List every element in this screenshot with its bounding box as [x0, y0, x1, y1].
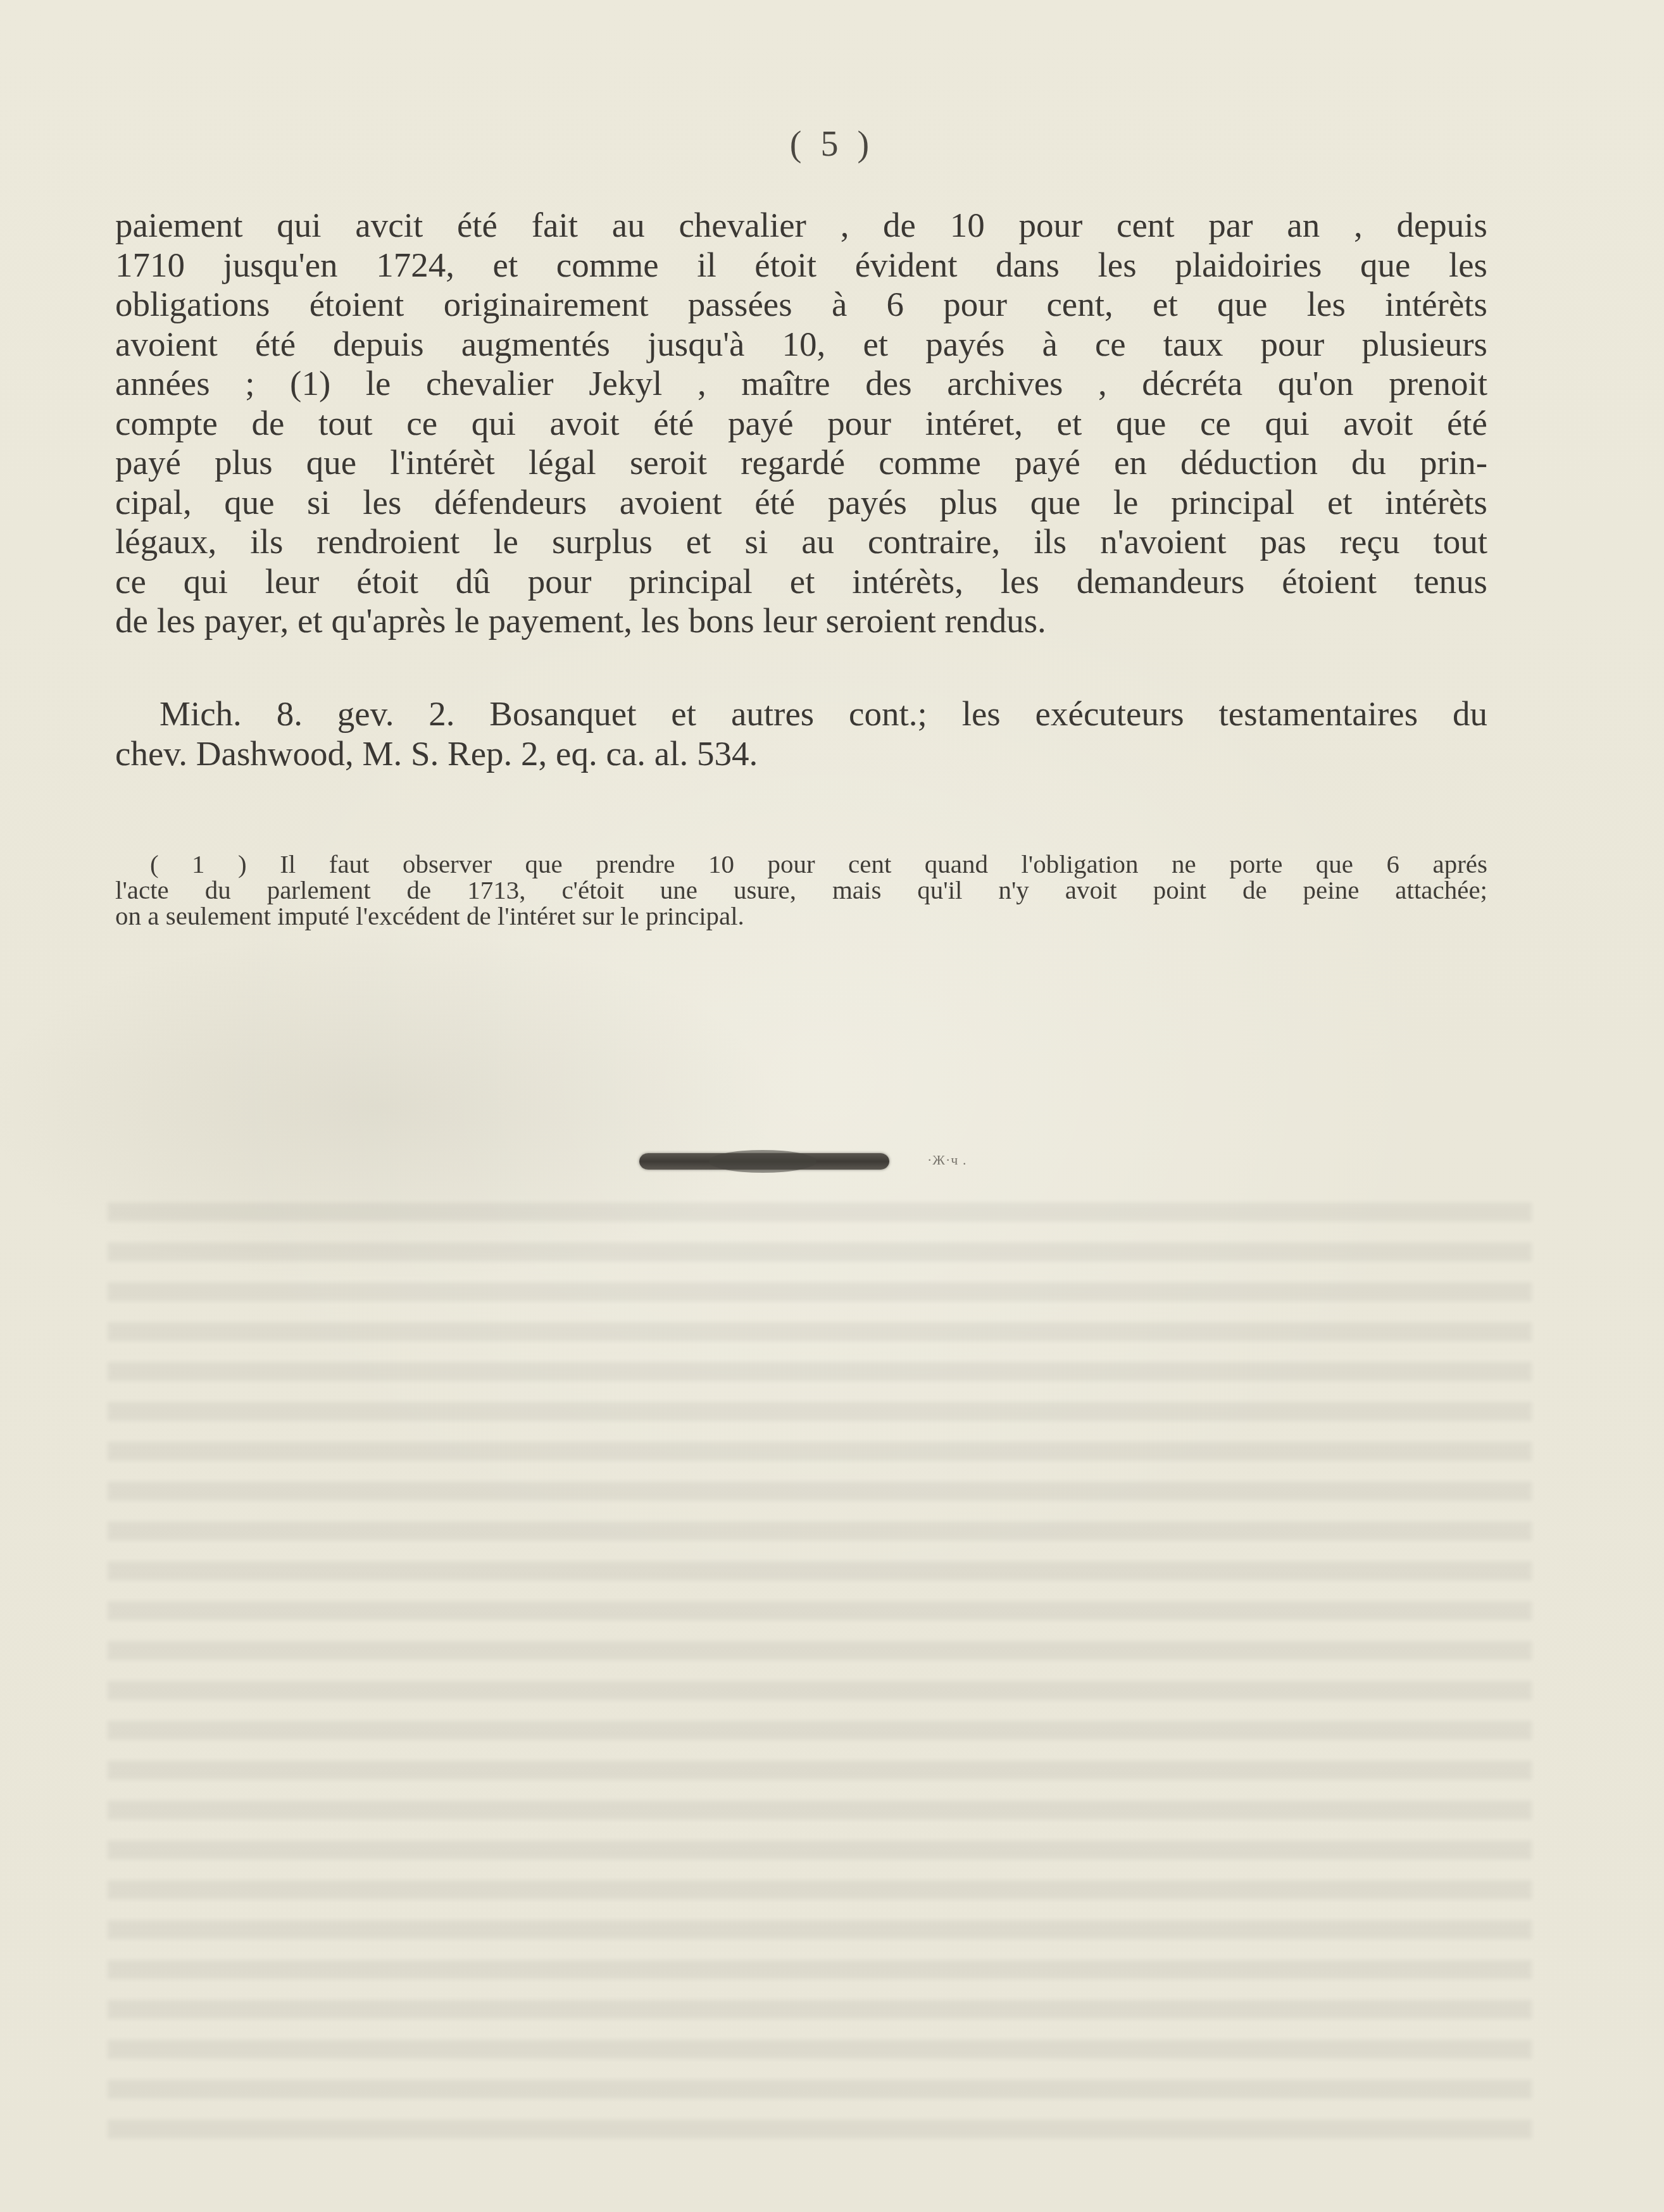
- footnote-line: ( 1 ) Il faut observer que prendre 10 po…: [115, 851, 1487, 877]
- main-paragraph: paiement qui avcit été fait au chevalier…: [115, 206, 1487, 641]
- page-number: ( 5 ): [0, 124, 1664, 165]
- footnote-line: on a seulement imputé l'excédent de l'in…: [115, 903, 1487, 929]
- footnote: ( 1 ) Il faut observer que prendre 10 po…: [115, 851, 1487, 929]
- text-line: de les payer, et qu'après le payement, l…: [115, 601, 1487, 641]
- show-through-text: [108, 1203, 1532, 2152]
- text-line: paiement qui avcit été fait au chevalier…: [115, 206, 1487, 246]
- text-line: années ; (1) le chevalier Jekyl , maître…: [115, 364, 1487, 404]
- text-line: avoient été depuis augmentés jusqu'à 10,…: [115, 325, 1487, 365]
- text-line: payé plus que l'intérèt légal seroit reg…: [115, 443, 1487, 483]
- ornament-mark: ·Ж·ч .: [927, 1152, 966, 1168]
- text-line: légaux, ils rendroient le surplus et si …: [115, 522, 1487, 562]
- text-line: 1710 jusqu'en 1724, et comme il étoit év…: [115, 246, 1487, 285]
- citation-line: chev. Dashwood, M. S. Rep. 2, eq. ca. al…: [115, 734, 1487, 774]
- printer-rule-ornament: [639, 1153, 889, 1170]
- text-line: compte de tout ce qui avoit été payé pou…: [115, 404, 1487, 444]
- citation-line: Mich. 8. gev. 2. Bosanquet et autres con…: [115, 694, 1487, 734]
- text-line: ce qui leur étoit dû pour principal et i…: [115, 562, 1487, 602]
- text-line: obligations étoient originairement passé…: [115, 285, 1487, 325]
- footnote-line: l'acte du parlement de 1713, c'étoit une…: [115, 877, 1487, 903]
- document-page: ( 5 ) paiement qui avcit été fait au che…: [0, 0, 1664, 2212]
- case-citation: Mich. 8. gev. 2. Bosanquet et autres con…: [115, 694, 1487, 773]
- text-line: cipal, que si les défendeurs avoient été…: [115, 483, 1487, 523]
